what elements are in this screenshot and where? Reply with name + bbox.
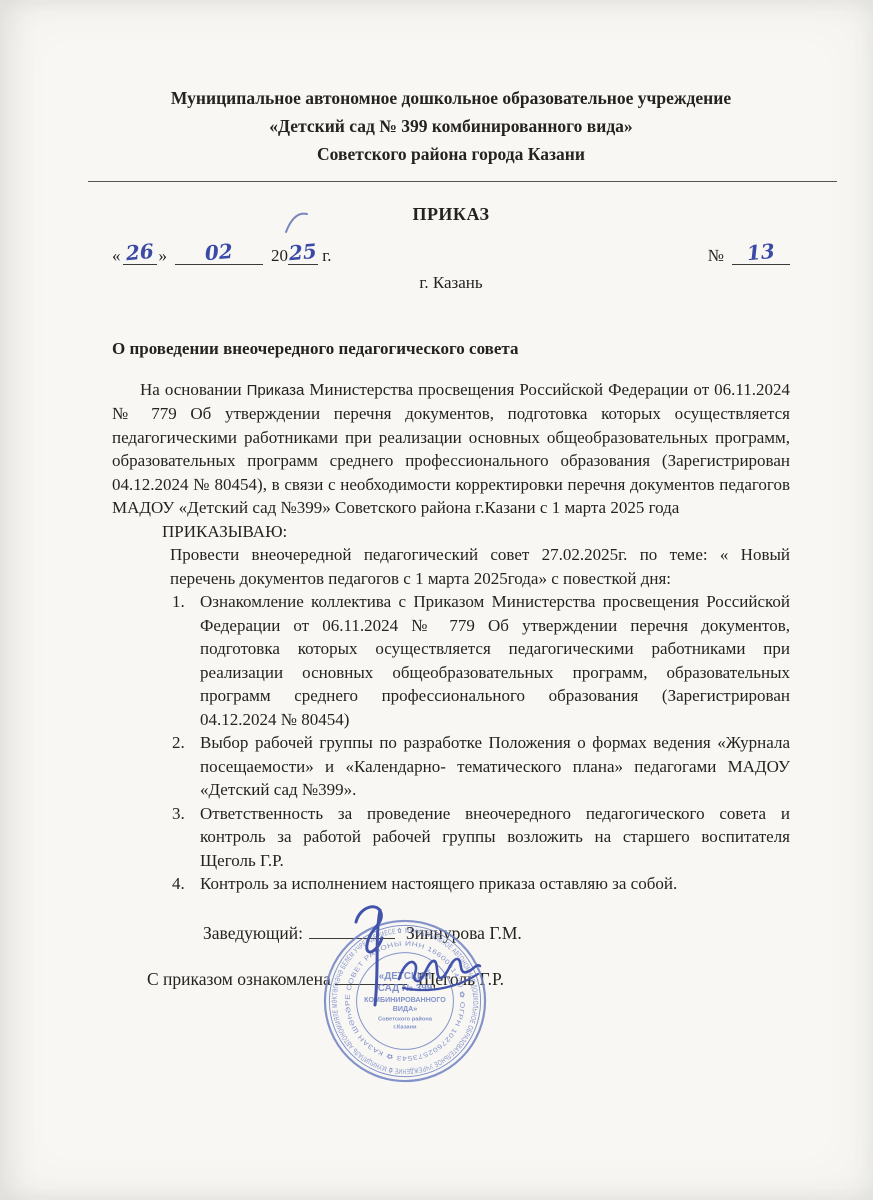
handwritten-month: 02 (204, 244, 233, 260)
order-verb: ПРИКАЗЫВАЮ: (162, 520, 790, 544)
quote-close: » (159, 246, 168, 266)
year-blank: 25 (288, 246, 318, 265)
director-signature-line (309, 924, 395, 939)
resolution-preamble: Провести внеочередной педагогический сов… (170, 543, 790, 590)
scanned-order-document: Муниципальное автономное дошкольное обра… (0, 0, 873, 1200)
order-subject: О проведении внеочередного педагогическо… (112, 337, 790, 361)
acknowledged-name: Щеголь Г.Р. (418, 968, 504, 992)
document-content: Муниципальное автономное дошкольное обра… (112, 84, 790, 992)
header-divider-line (88, 181, 837, 182)
list-item-number: 4. (172, 872, 200, 896)
number-blank: 13 (732, 246, 790, 265)
org-name-line3: Советского района города Казани (112, 140, 790, 168)
list-item: 1. Ознакомление коллектива с Приказом Ми… (172, 590, 790, 731)
number-label: № (708, 246, 724, 265)
director-label: Заведующий: (203, 922, 303, 946)
org-name-line2: «Детский сад № 399 комбинированного вида… (112, 112, 790, 140)
month-blank: 02 (175, 246, 263, 265)
list-item: 2. Выбор рабочей группы по разработке По… (172, 731, 790, 802)
number-field: №13 (708, 246, 790, 266)
org-name-line1: Муниципальное автономное дошкольное обра… (112, 84, 790, 112)
basis-text-start: На основании (140, 380, 247, 399)
city-line: г. Казань (112, 273, 790, 293)
document-title: ПРИКАЗ (112, 204, 790, 225)
list-item-text: Выбор рабочей группы по разработке Полож… (200, 731, 790, 802)
stamp-center-line4: ВИДА» (393, 1005, 417, 1013)
handwritten-day: 26 (125, 244, 154, 260)
acknowledgement-row: С приказом ознакомлена Щеголь Г.Р. (147, 968, 790, 992)
list-item: 4. Контроль за исполнением настоящего пр… (172, 872, 790, 896)
basis-paragraph: На основании Приказа Министерства просве… (112, 378, 790, 520)
year-prefix: 20 (271, 246, 288, 266)
director-name: Зиннурова Г.М. (406, 922, 522, 946)
stamp-center-line6: г.Казани (393, 1025, 417, 1031)
list-item-number: 3. (172, 802, 200, 873)
basis-word-prikaza: Приказа (247, 382, 305, 399)
handwritten-number: 13 (746, 244, 775, 260)
stamp-center-line3: КОМБИНИРОВАННОГО (364, 996, 446, 1004)
list-item-text: Контроль за исполнением настоящего прика… (200, 872, 790, 896)
agenda-list: 1. Ознакомление коллектива с Приказом Ми… (172, 590, 790, 896)
acknowledgement-signature-line (335, 970, 407, 985)
list-item-number: 1. (172, 590, 200, 731)
order-body: На основании Приказа Министерства просве… (112, 378, 790, 992)
acknowledgement-label: С приказом ознакомлена (147, 968, 331, 992)
date-and-number-row: «26»022025 г. №13 (112, 246, 790, 266)
year-suffix: г. (322, 246, 331, 266)
organization-header: Муниципальное автономное дошкольное обра… (112, 84, 790, 168)
list-item: 3. Ответственность за проведение внеочер… (172, 802, 790, 873)
director-signature-row: Заведующий: Зиннурова Г.М. (203, 922, 790, 946)
list-item-text: Ознакомление коллектива с Приказом Минис… (200, 590, 790, 731)
handwritten-year: 25 (288, 244, 317, 260)
stamp-center-line5: Советского района (378, 1016, 433, 1023)
quote-open: « (112, 246, 121, 266)
date-field: «26»022025 г. (112, 246, 332, 266)
list-item-text: Ответственность за проведение внеочередн… (200, 802, 790, 873)
day-blank: 26 (123, 246, 157, 265)
list-item-number: 2. (172, 731, 200, 802)
basis-text-rest: Министерства просвещения Российской Феде… (112, 380, 790, 518)
